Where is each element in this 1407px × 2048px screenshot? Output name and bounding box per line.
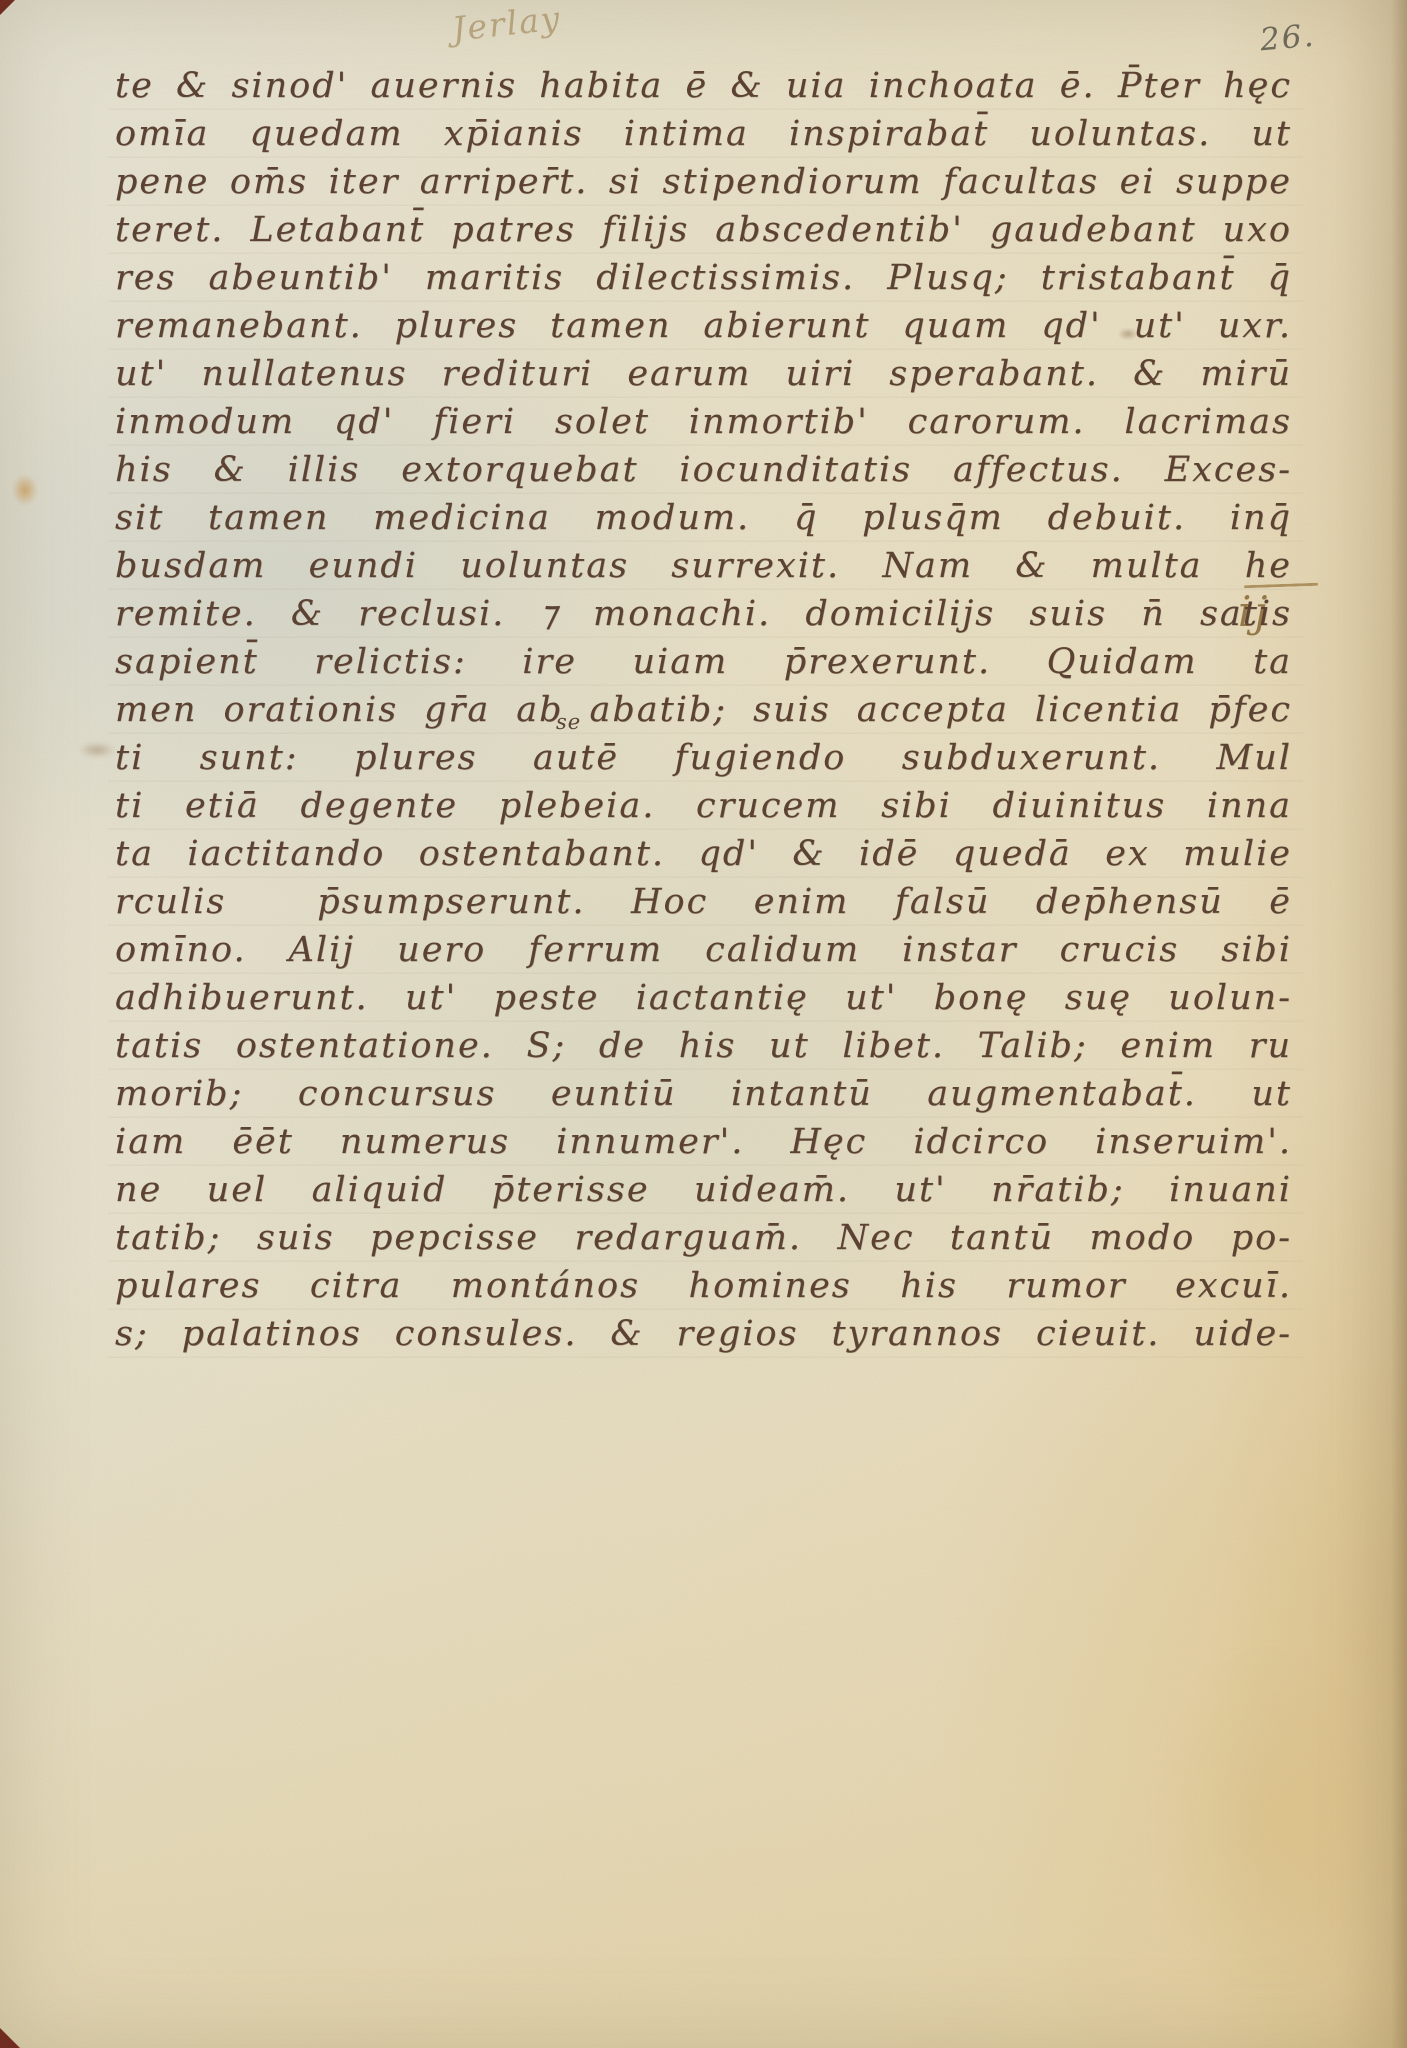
page-vignette — [0, 0, 1407, 2048]
manuscript-page: Jerlay 26. ij te & sinod' auernis habita… — [0, 0, 1407, 2048]
